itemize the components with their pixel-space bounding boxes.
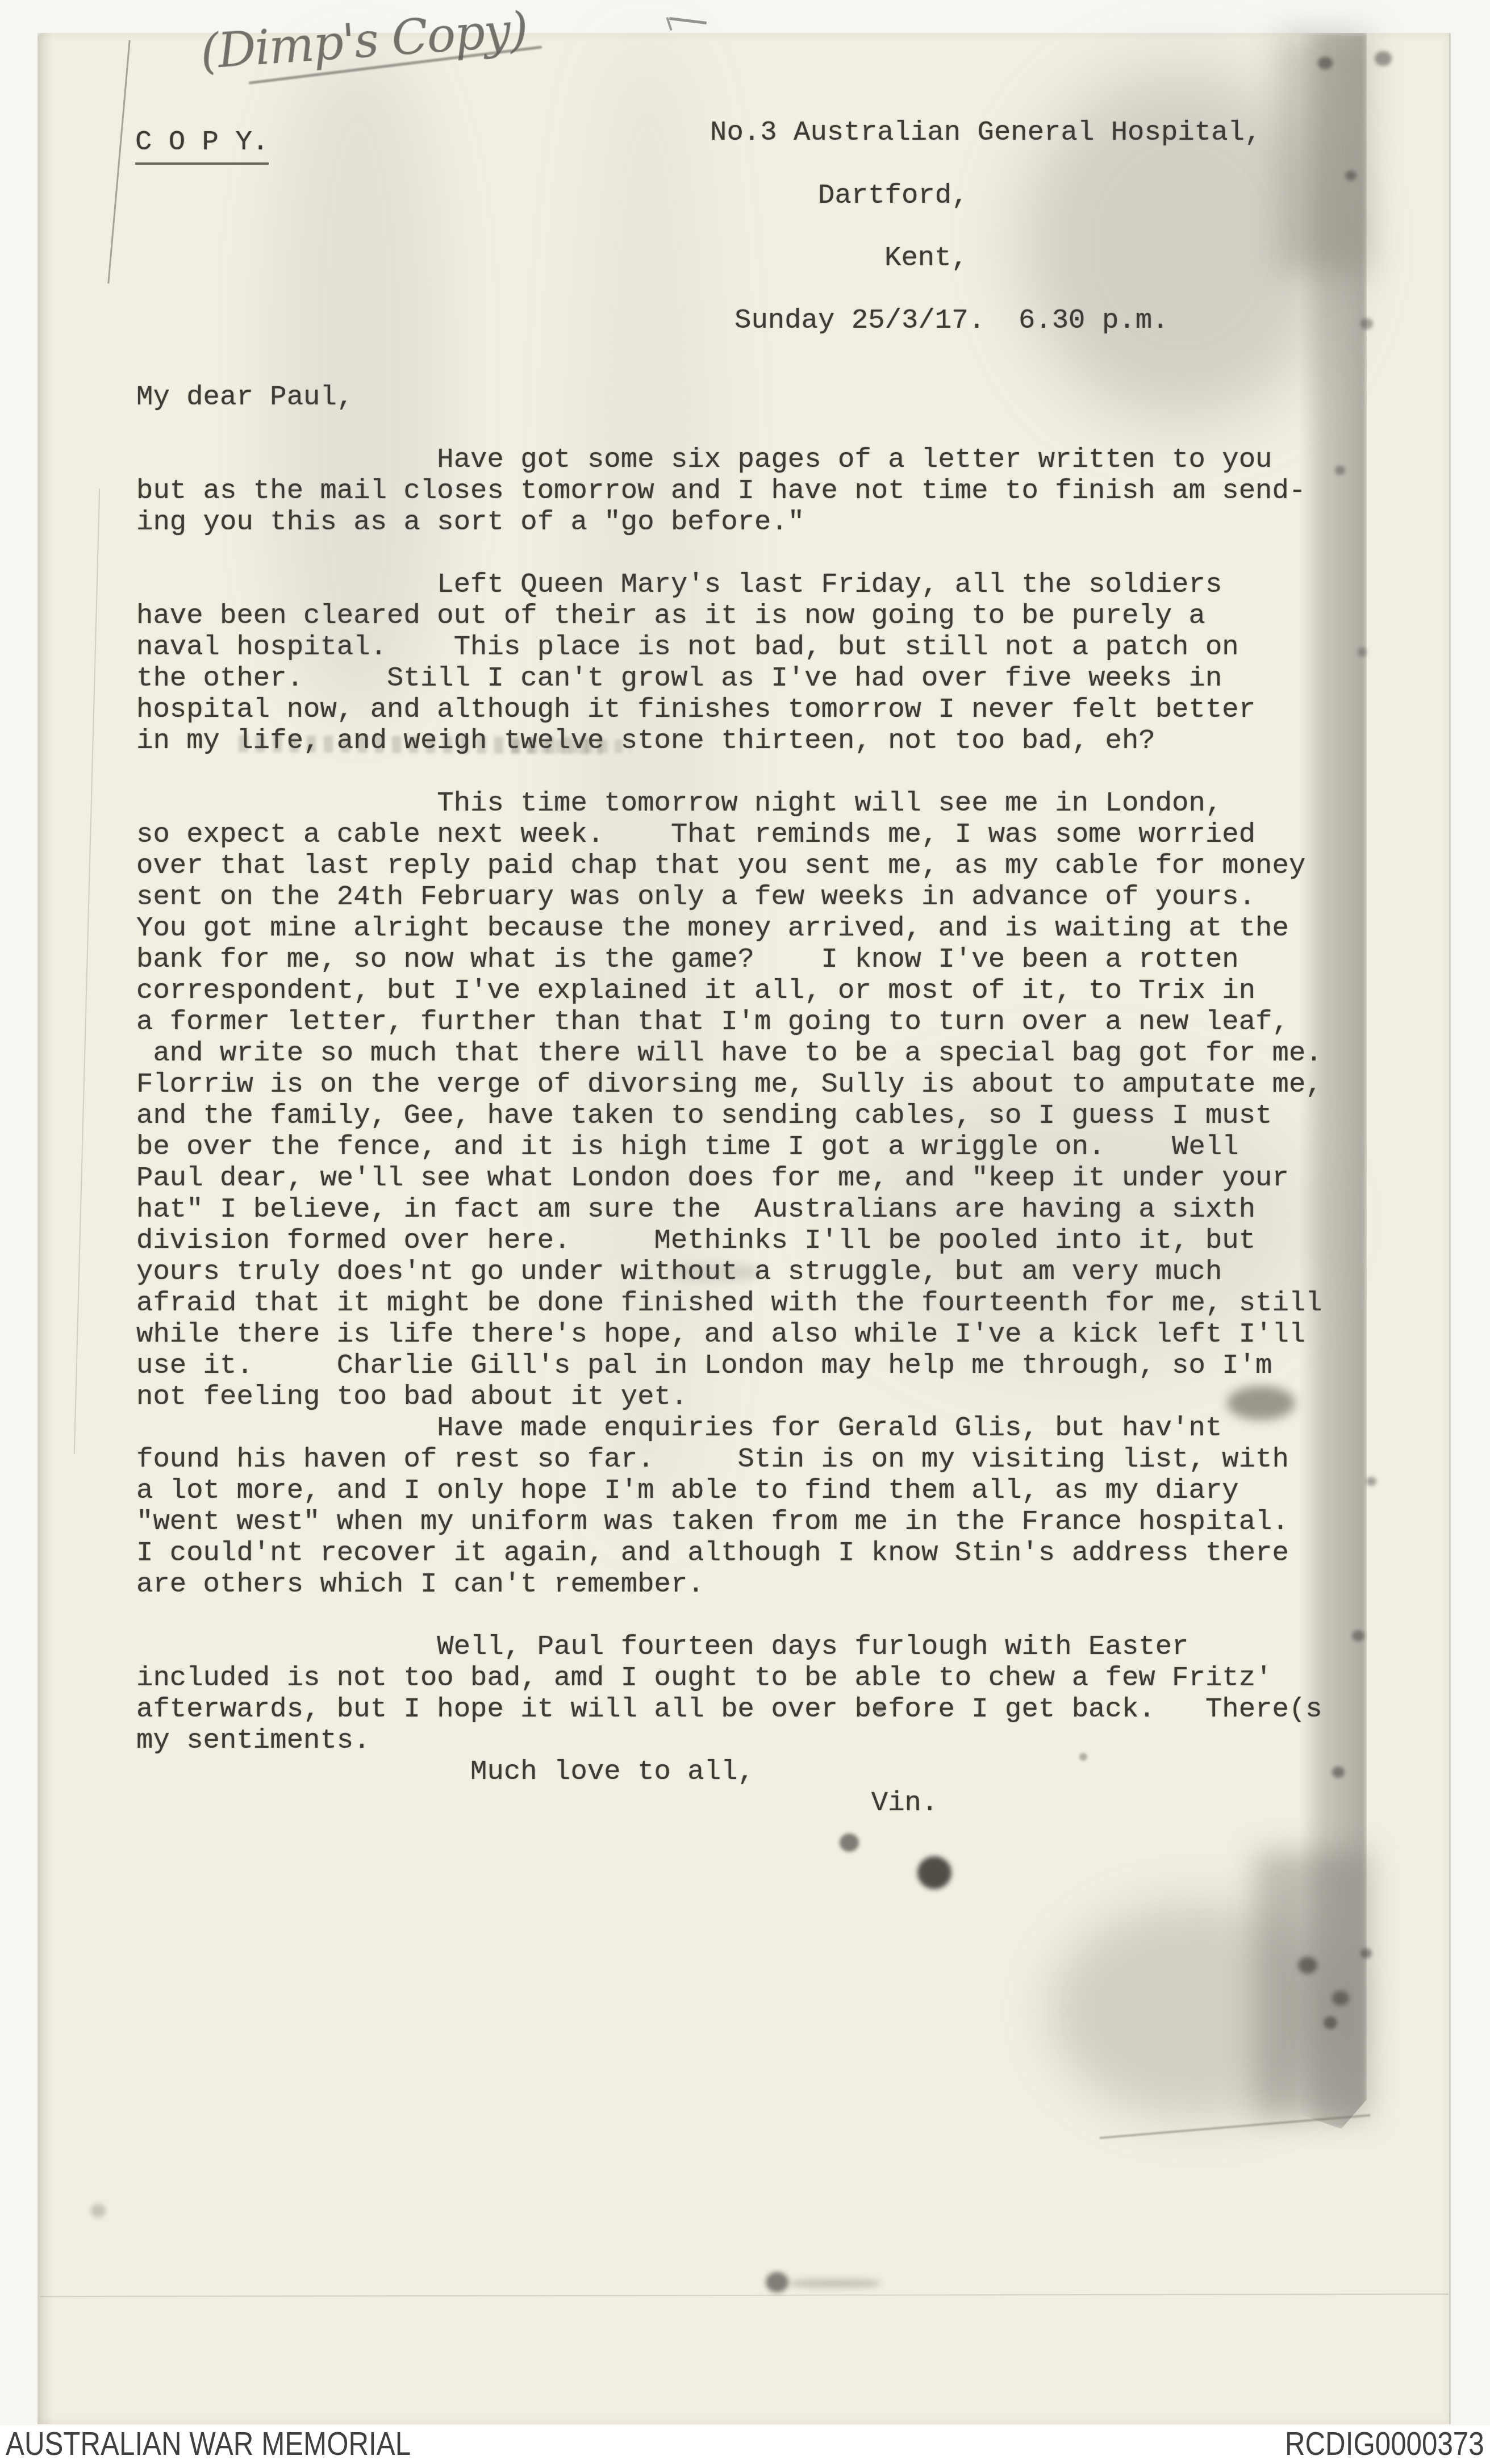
letter-line: hospital now, and although it finishes t… [136, 694, 1322, 725]
ink-blot [1332, 1991, 1349, 2006]
paper-right-edge [1449, 33, 1451, 2424]
letter-line: are others which I can't remember. [136, 1569, 1322, 1600]
letter-line: a former letter, further than that I'm g… [136, 1007, 1322, 1038]
scanned-letter-page: (Dimp's Copy) C O P Y. No.3 Australian G… [0, 0, 1490, 2464]
letterhead-county: Kent, [884, 242, 968, 274]
letter-line: afraid that it might be done finished wi… [136, 1288, 1322, 1319]
ink-blot [1360, 318, 1373, 329]
letter-line: You got mine alright because the money a… [136, 913, 1322, 944]
letter-line: and the family, Gee, have taken to sendi… [136, 1100, 1322, 1131]
letter-line: a lot more, and I only hope I'm able to … [136, 1475, 1322, 1506]
letter-line: while there is life there's hope, and al… [136, 1319, 1322, 1350]
letter-line: My dear Paul, [136, 382, 1322, 413]
letter-line: "went west" when my uniform was taken fr… [136, 1506, 1322, 1538]
ink-blot [1298, 1957, 1317, 1974]
ink-smear [790, 2279, 880, 2288]
ink-blot [1366, 1477, 1376, 1486]
letter-line: use it. Charlie Gill's pal in London may… [136, 1350, 1322, 1381]
letter-body: My dear Paul, Have got some six pages of… [136, 382, 1322, 1819]
letter-line: found his haven of rest so far. Stin is … [136, 1444, 1322, 1475]
ink-blot [840, 1834, 859, 1852]
archive-reference-id: RCDIG0000373 [1285, 2425, 1484, 2464]
letter-line: Well, Paul fourteen days furlough with E… [136, 1631, 1322, 1663]
ink-blot [1360, 1948, 1372, 1958]
ink-blot [917, 1856, 951, 1889]
letter-line: sent on the 24th February was only a few… [136, 882, 1322, 913]
ink-blot [91, 2204, 106, 2217]
letter-line: so expect a cable next week. That remind… [136, 819, 1322, 850]
right-smudge-bottom [1255, 1852, 1369, 2119]
letter-line: This time tomorrow night will see me in … [136, 788, 1322, 819]
copy-label: C O P Y. [135, 126, 269, 165]
letter-line: naval hospital. This place is not bad, b… [136, 632, 1322, 663]
letter-line: yours truly does'nt go under without a s… [136, 1256, 1322, 1288]
ink-blot [1375, 51, 1392, 66]
letter-line [136, 757, 1322, 788]
paper-left-edge-shade [37, 33, 53, 2424]
letter-line: Florriw is on the verge of divorsing me,… [136, 1069, 1322, 1100]
letterhead-hospital: No.3 Australian General Hospital, [710, 116, 1261, 148]
letter-line: and write so much that there will have t… [136, 1038, 1322, 1069]
letter-line: division formed over here. Methinks I'll… [136, 1225, 1322, 1256]
ink-blot [1324, 2016, 1337, 2029]
letter-line [136, 413, 1322, 444]
pencil-mark [669, 17, 707, 24]
letter-line: hat" I believe, in fact am sure the Aust… [136, 1194, 1322, 1225]
letter-line: in my life, and weigh twelve stone thirt… [136, 725, 1322, 757]
letter-line: included is not too bad, amd I ought to … [136, 1663, 1322, 1694]
letter-line: Much love to all, [136, 1756, 1322, 1788]
letter-line: the other. Still I can't growl as I've h… [136, 663, 1322, 694]
letter-line: have been cleared out of their as it is … [136, 600, 1322, 632]
letterhead-dateline: Sunday 25/3/17. 6.30 p.m. [734, 304, 1169, 336]
ink-blot [1332, 1766, 1345, 1778]
ink-blot [1335, 466, 1345, 475]
letter-line: not feeling too bad about it yet. [136, 1381, 1322, 1413]
letter-line: Have made enquiries for Gerald Glis, but… [136, 1413, 1322, 1444]
ink-blot [1358, 648, 1367, 657]
letter-line: Left Queen Mary's last Friday, all the s… [136, 569, 1322, 600]
letter-line: but as the mail closes tomorrow and I ha… [136, 475, 1322, 507]
ink-blot [1352, 1630, 1364, 1642]
letter-line: afterwards, but I hope it will all be ov… [136, 1694, 1322, 1725]
letter-line: Vin. [136, 1788, 1322, 1819]
archive-name: AUSTRALIAN WAR MEMORIAL [6, 2425, 411, 2464]
letter-line [136, 1600, 1322, 1631]
ink-blot [1345, 170, 1357, 181]
letter-line [136, 538, 1322, 569]
letterhead-town: Dartford, [818, 179, 969, 211]
ink-blot [1318, 57, 1333, 69]
letter-line: ing you this as a sort of a "go before." [136, 507, 1322, 538]
ink-blot [766, 2272, 788, 2292]
letter-line: Paul dear, we'll see what London does fo… [136, 1163, 1322, 1194]
letter-line: correspondent, but I've explained it all… [136, 975, 1322, 1007]
letter-line: be over the fence, and it is high time I… [136, 1131, 1322, 1163]
letter-line: my sentiments. [136, 1725, 1322, 1756]
letter-line: Have got some six pages of a letter writ… [136, 444, 1322, 475]
letter-line: over that last reply paid chap that you … [136, 850, 1322, 882]
letter-line: bank for me, so now what is the game? I … [136, 944, 1322, 975]
letter-line: I could'nt recover it again, and althoug… [136, 1538, 1322, 1569]
